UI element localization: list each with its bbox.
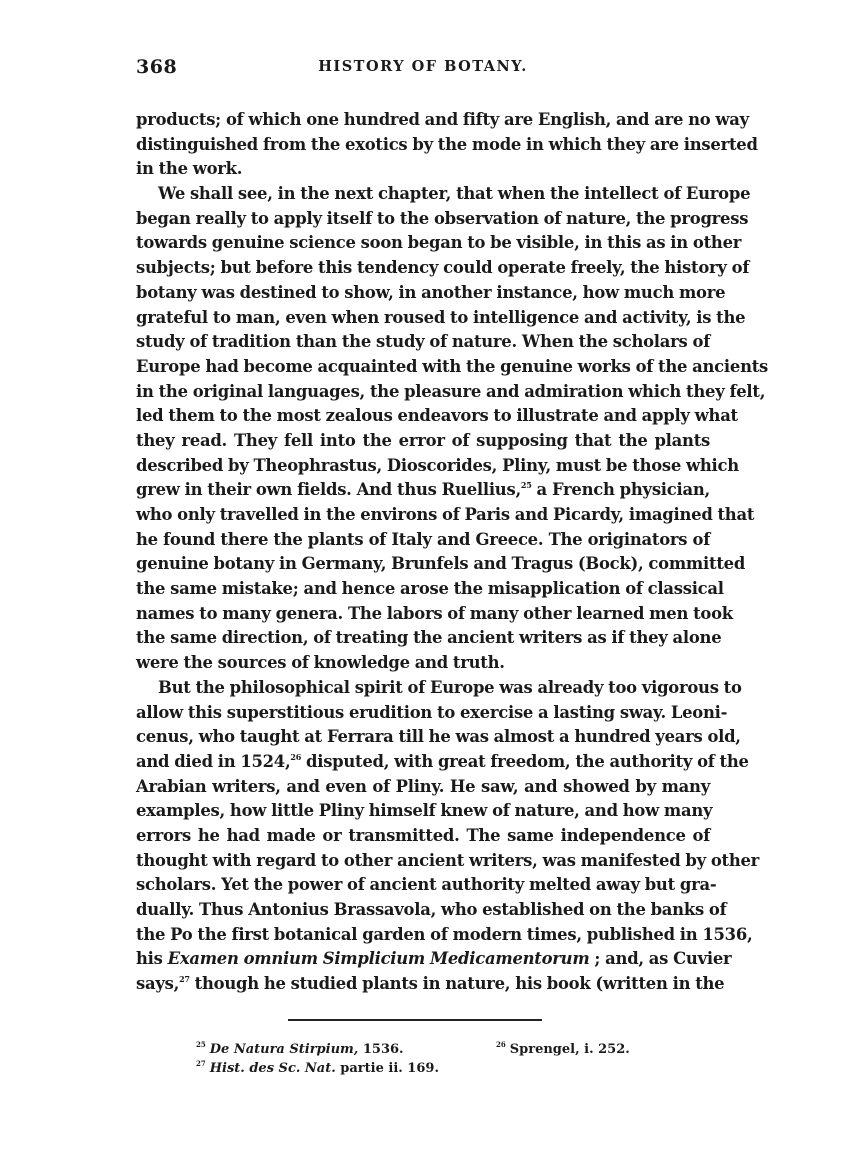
line-segment: his: [136, 949, 168, 968]
text-line: names to many genera. The labors of many…: [136, 602, 710, 627]
running-title: HISTORY OF BOTANY.: [136, 58, 710, 75]
text-line: Europe had become acquainted with the ge…: [136, 355, 710, 380]
text-line: and died in 1524,26 disputed, with great…: [136, 750, 710, 775]
text-line: grateful to man, even when roused to int…: [136, 306, 710, 331]
text-line: grew in their own fields. And thus Ruell…: [136, 478, 710, 503]
footnote-title: Hist. des Sc. Nat.: [210, 1061, 336, 1076]
text-line: Arabian writers, and even of Pliny. He s…: [136, 775, 710, 800]
footnote-26: 26Sprengel, i. 252.: [496, 1040, 630, 1060]
line-segment: grew in their own fields. And thus Ruell…: [136, 480, 521, 499]
text-line: began really to apply itself to the obse…: [136, 207, 710, 232]
text-line: in the original languages, the pleasure …: [136, 380, 710, 405]
footnote-text: 1536.: [358, 1042, 403, 1057]
footnote-27: 27Hist. des Sc. Nat. partie ii. 169.: [196, 1059, 439, 1079]
line-segment: though he studied plants in nature, his …: [190, 974, 725, 993]
line-segment: ; and, as Cuvier: [589, 949, 731, 968]
text-line: they read. They fell into the error of s…: [136, 429, 710, 454]
text-line: in the work.: [136, 157, 710, 182]
text-line: the same direction, of treating the anci…: [136, 626, 710, 651]
line-segment: a French physician,: [532, 480, 710, 499]
text-line: thought with regard to other ancient wri…: [136, 849, 710, 874]
text-line: cenus, who taught at Ferrara till he was…: [136, 725, 710, 750]
text-line: But the philosophical spirit of Europe w…: [136, 676, 710, 701]
footnote-rule: [288, 1019, 542, 1021]
text-line: distinguished from the exotics by the mo…: [136, 133, 710, 158]
footnote-marker: 25: [196, 1040, 206, 1049]
footnote-25: 25De Natura Stirpium, 1536.: [196, 1040, 404, 1060]
line-segment: disputed, with great freedom, the author…: [301, 752, 749, 771]
footnote-marker: 26: [496, 1040, 506, 1049]
footnote-title: De Natura Stirpium,: [210, 1042, 359, 1057]
text-line: the Po the first botanical garden of mod…: [136, 923, 710, 948]
text-line: he found there the plants of Italy and G…: [136, 528, 710, 553]
text-line: subjects; but before this tendency could…: [136, 256, 710, 281]
text-line: towards genuine science soon began to be…: [136, 231, 710, 256]
text-line: described by Theophrastus, Dioscorides, …: [136, 454, 710, 479]
text-line: errors he had made or transmitted. The s…: [136, 824, 710, 849]
running-head: 368 HISTORY OF BOTANY.: [136, 56, 710, 86]
book-page: 368 HISTORY OF BOTANY. products; of whic…: [136, 0, 710, 1150]
text-line: his Examen omnium Simplicium Medicamento…: [136, 947, 710, 972]
line-segment: says,: [136, 974, 179, 993]
text-line: We shall see, in the next chapter, that …: [136, 182, 710, 207]
text-line: who only travelled in the environs of Pa…: [136, 503, 710, 528]
text-line: botany was destined to show, in another …: [136, 281, 710, 306]
text-line: led them to the most zealous endeavors t…: [136, 404, 710, 429]
footnote-text: Sprengel, i. 252.: [510, 1042, 630, 1057]
footnote-marker: 27: [196, 1059, 206, 1068]
text-line: the same mistake; and hence arose the mi…: [136, 577, 710, 602]
text-line: genuine botany in Germany, Brunfels and …: [136, 552, 710, 577]
footnote-text: partie ii. 169.: [336, 1061, 439, 1076]
text-line: says,27 though he studied plants in natu…: [136, 972, 710, 997]
text-line: products; of which one hundred and fifty…: [136, 108, 710, 133]
footnote-reference[interactable]: 26: [290, 752, 301, 762]
body-text: products; of which one hundred and fifty…: [136, 108, 710, 997]
book-title: Examen omnium Simplicium Medicamentorum: [168, 949, 590, 968]
footnote-reference[interactable]: 25: [521, 480, 532, 490]
footnote-reference[interactable]: 27: [179, 974, 190, 984]
text-line: scholars. Yet the power of ancient autho…: [136, 873, 710, 898]
text-line: allow this superstitious erudition to ex…: [136, 701, 710, 726]
text-line: were the sources of knowledge and truth.: [136, 651, 710, 676]
line-segment: and died in 1524,: [136, 752, 290, 771]
text-line: examples, how little Pliny himself knew …: [136, 799, 710, 824]
text-line: dually. Thus Antonius Brassavola, who es…: [136, 898, 710, 923]
text-line: study of tradition than the study of nat…: [136, 330, 710, 355]
